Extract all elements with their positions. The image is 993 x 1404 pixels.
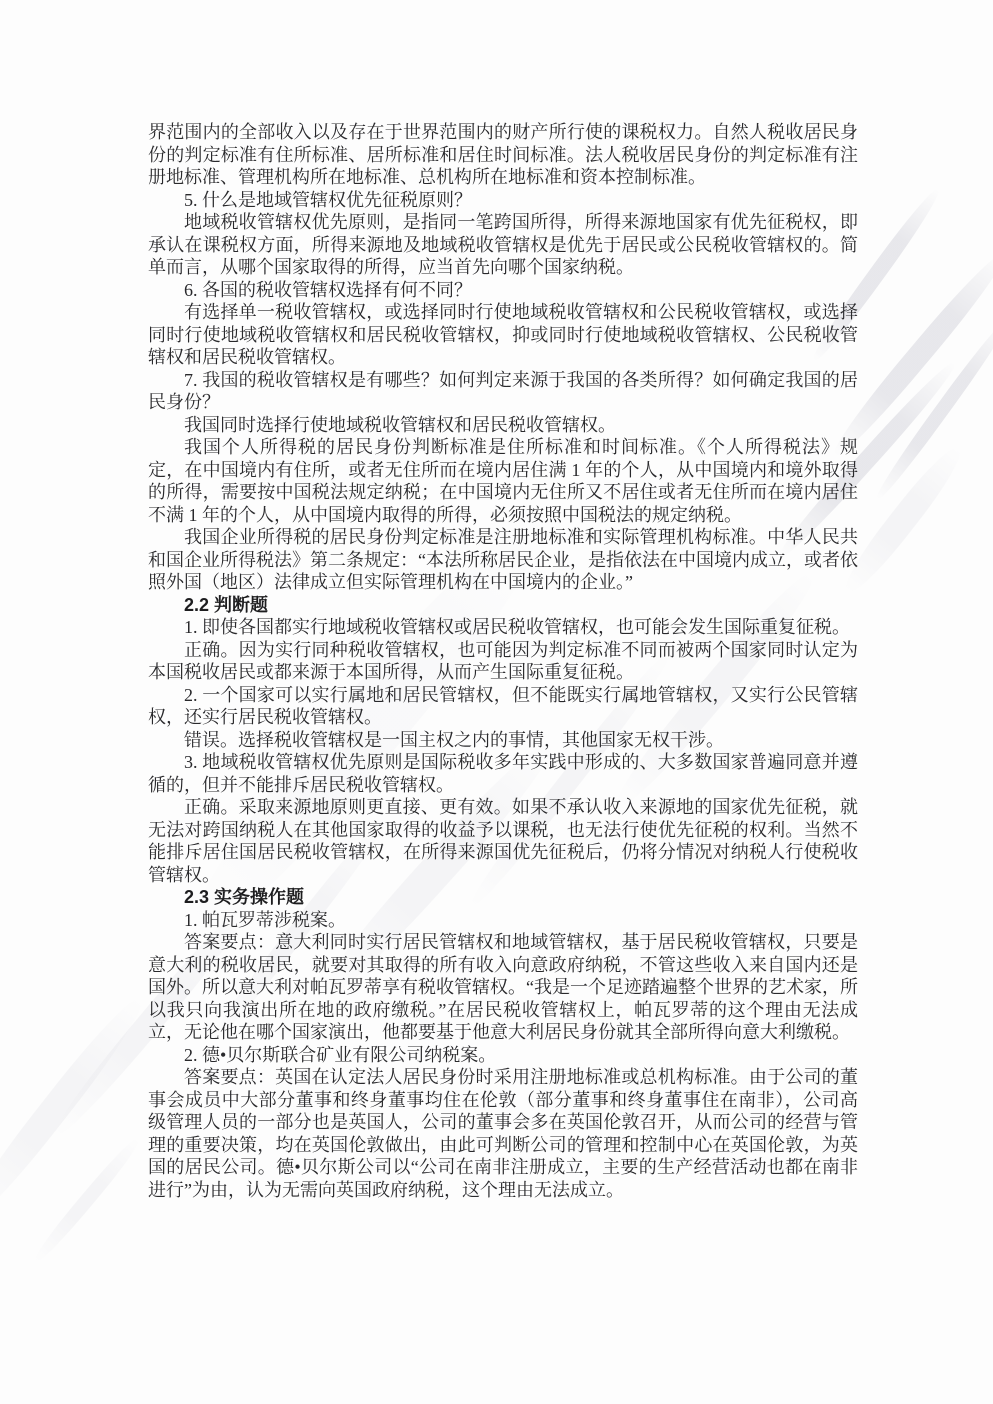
paragraph: 答案要点：意大利同时实行居民管辖权和地域管辖权，基于居民税收管辖权，只要是意大利…: [148, 931, 858, 1044]
paragraph: 我国个人所得税的居民身份判断标准是住所标准和时间标准。《个人所得税法》规定，在中…: [148, 436, 858, 526]
paragraph: 我国企业所得税的居民身份判定标准是注册地标准和实际管理机构标准。中华人民共和国企…: [148, 526, 858, 594]
document-page: 界范围内的全部收入以及存在于世界范围内的财产所行使的课税权力。自然人税收居民身份…: [0, 0, 993, 1404]
paragraph: 界范围内的全部收入以及存在于世界范围内的财产所行使的课税权力。自然人税收居民身份…: [148, 121, 858, 189]
paragraph: 7. 我国的税收管辖权是有哪些？如何判定来源于我国的各类所得？如何确定我国的居民…: [148, 369, 858, 414]
paragraph: 地域税收管辖权优先原则，是指同一笔跨国所得，所得来源地国家有优先征税权，即承认在…: [148, 211, 858, 279]
paragraph: 正确。因为实行同种税收管辖权，也可能因为判定标准不同而被两个国家同时认定为本国税…: [148, 639, 858, 684]
document-text: 界范围内的全部收入以及存在于世界范围内的财产所行使的课税权力。自然人税收居民身份…: [148, 121, 858, 1201]
paragraph: 2. 德•贝尔斯联合矿业有限公司纳税案。: [148, 1044, 858, 1067]
paragraph: 3. 地域税收管辖权优先原则是国际税收多年实践中形成的、大多数国家普遍同意并遵循…: [148, 751, 858, 796]
watermark-streak: [30, 1134, 144, 1266]
paragraph: 有选择单一税收管辖权，或选择同时行使地域税收管辖权和公民税收管辖权，或选择同时行…: [148, 301, 858, 369]
paragraph: 答案要点：英国在认定法人居民身份时采用注册地标准或总机构标准。由于公司的董事会成…: [148, 1066, 858, 1201]
paragraph: 6. 各国的税收管辖权选择有何不同？: [148, 279, 858, 302]
paragraph: 5. 什么是地域管辖权优先征税原则？: [148, 189, 858, 212]
paragraph: 1. 帕瓦罗蒂涉税案。: [148, 909, 858, 932]
paragraph: 错误。选择税收管辖权是一国主权之内的事情，其他国家无权干涉。: [148, 729, 858, 752]
paragraph: 正确。采取来源地原则更直接、更有效。如果不承认收入来源地的国家优先征税，就无法对…: [148, 796, 858, 886]
watermark-streak: [872, 317, 993, 503]
section-heading: 2.3 实务操作题: [148, 886, 858, 909]
paragraph: 1. 即使各国都实行地域税收管辖权或居民税收管辖权，也可能会发生国际重复征税。: [148, 616, 858, 639]
paragraph: 我国同时选择行使地域税收管辖权和居民税收管辖权。: [148, 414, 858, 437]
watermark-streak: [0, 991, 151, 1229]
paragraph: 2. 一个国家可以实行属地和居民管辖权，但不能既实行属地管辖权，又实行公民管辖权…: [148, 684, 858, 729]
section-heading: 2.2 判断题: [148, 594, 858, 617]
